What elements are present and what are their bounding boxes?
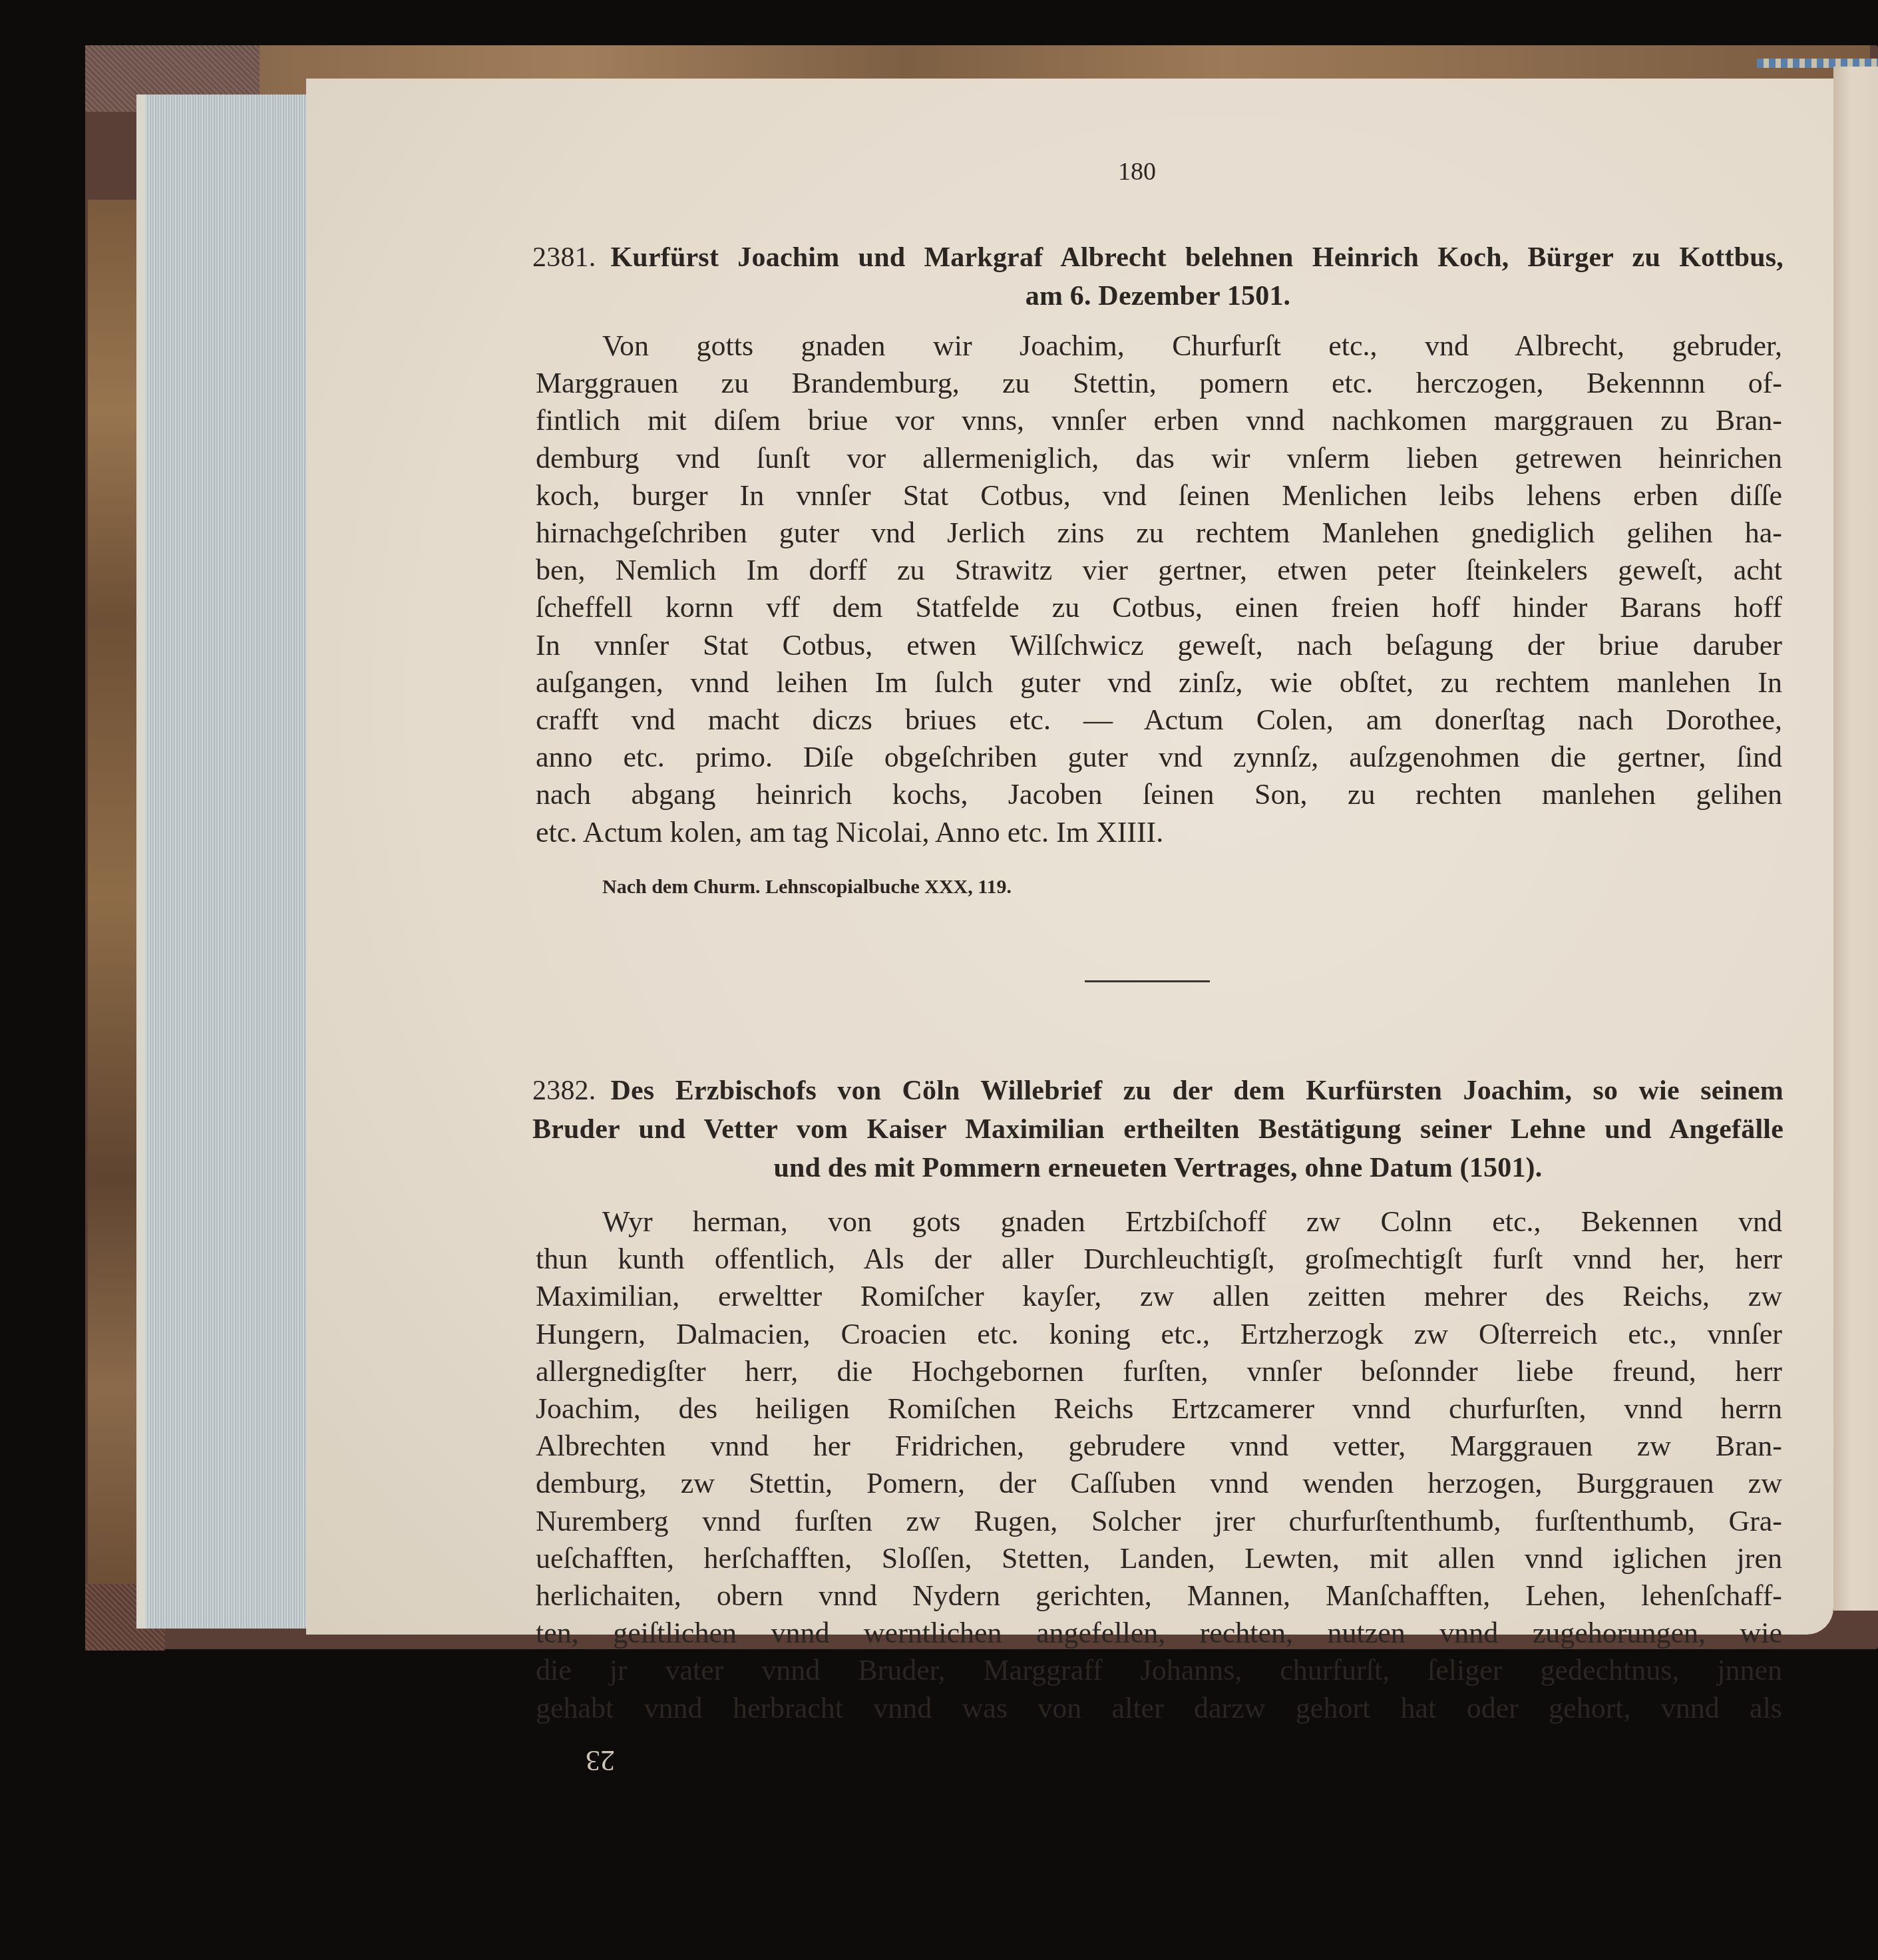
text-line: Marggrauen zu Brandemburg, zu Stettin, p… <box>536 365 1782 402</box>
text-line: die jr vater vnnd Bruder, Marggraff Joha… <box>536 1652 1782 1689</box>
text-line: In vnnſer Stat Cotbus, etwen Wilſchwicz … <box>536 627 1782 664</box>
heading-line-1: 2381.Kurfürst Joachim und Markgraf Albre… <box>532 238 1784 277</box>
section-divider <box>1085 980 1210 982</box>
document-2382-body: Wyr herman, von gots gnaden Ertzbiſchoff… <box>536 1203 1782 1727</box>
text-line: crafft vnd macht diczs briues etc. — Act… <box>536 701 1782 739</box>
text-line: Nuremberg vnnd furſten zw Rugen, Solcher… <box>536 1503 1782 1540</box>
text-line: allergnedigſter herr, die Hochgebornen f… <box>536 1353 1782 1390</box>
heading-title: Des Erzbischofs von Cöln Willebrief zu d… <box>611 1076 1784 1106</box>
text-line: anno etc. primo. Diſe obgeſchriben guter… <box>536 739 1782 776</box>
text-line: koch, burger In vnnſer Stat Cotbus, vnd … <box>536 477 1782 514</box>
document-2381-body: Von gotts gnaden wir Joachim, Churfurſt … <box>536 327 1782 851</box>
document-2382-heading: 2382.Des Erzbischofs von Cöln Willebrief… <box>532 1072 1784 1187</box>
heading-title: Kurfürst Joachim und Markgraf Albrecht b… <box>611 242 1784 273</box>
text-line: demburg, zw Stettin, Pomern, der Caſſube… <box>536 1465 1782 1502</box>
text-line: ten, geiſtlichen vnnd werntlichen angefe… <box>536 1615 1782 1652</box>
book-scan: 180 2381.Kurfürst Joachim und Markgraf A… <box>0 0 1878 1960</box>
text-line: Albrechten vnnd her Fridrichen, gebruder… <box>536 1428 1782 1465</box>
page-number: 180 <box>1118 157 1156 186</box>
document-number: 2382. <box>532 1076 596 1106</box>
text-line: etc. Actum kolen, am tag Nicolai, Anno e… <box>536 814 1782 851</box>
text-line: ueſchafften, herſchafften, Sloſſen, Stet… <box>536 1540 1782 1577</box>
text-line: Von gotts gnaden wir Joachim, Churfurſt … <box>536 327 1782 365</box>
document-number: 2381. <box>532 242 596 273</box>
text-line: fintlich mit diſem briue vor vnns, vnnſe… <box>536 402 1782 439</box>
text-line: ſcheffell kornn vff dem Statfelde zu Cot… <box>536 589 1782 626</box>
text-line: herlichaiten, obern vnnd Nydern gerichte… <box>536 1577 1782 1615</box>
text-line: Maximilian, erweltter Romiſcher kayſer, … <box>536 1278 1782 1315</box>
document-2381-heading: 2381.Kurfürst Joachim und Markgraf Albre… <box>532 238 1784 315</box>
text-line: auſgangen, vnnd leihen Im ſulch guter vn… <box>536 664 1782 701</box>
heading-line-3: und des mit Pommern erneueten Vertrages,… <box>532 1149 1784 1187</box>
cover-marbled-paper-left <box>88 200 140 1597</box>
text-line: nach abgang heinrich kochs, Jacoben ſein… <box>536 776 1782 813</box>
text-line: demburg vnd ſunſt vor allermeniglich, da… <box>536 440 1782 477</box>
text-line: Hungern, Dalmacien, Croacien etc. koning… <box>536 1316 1782 1353</box>
text-line: ben, Nemlich Im dorff zu Strawitz vier g… <box>536 552 1782 589</box>
text-line: thun kunth offentlich, Als der aller Dur… <box>536 1241 1782 1278</box>
source-citation: Nach dem Churm. Lehnscopialbuche XXX, 11… <box>602 876 1012 898</box>
show-through-page-number: 23 <box>586 1744 615 1778</box>
facing-page-gutter <box>1833 67 1878 1611</box>
text-line: hirnachgeſchriben guter vnd Jerlich zins… <box>536 514 1782 552</box>
text-line: gehabt vnnd herbracht vnnd was von alter… <box>536 1690 1782 1727</box>
text-line: Joachim, des heiligen Romiſchen Reichs E… <box>536 1390 1782 1428</box>
heading-line-2: am 6. Dezember 1501. <box>532 277 1784 315</box>
text-line: Wyr herman, von gots gnaden Ertzbiſchoff… <box>536 1203 1782 1241</box>
heading-line-1: 2382.Des Erzbischofs von Cöln Willebrief… <box>532 1072 1784 1110</box>
page-block-edge <box>136 95 315 1629</box>
heading-line-2: Bruder und Vetter vom Kaiser Maximilian … <box>532 1110 1784 1149</box>
